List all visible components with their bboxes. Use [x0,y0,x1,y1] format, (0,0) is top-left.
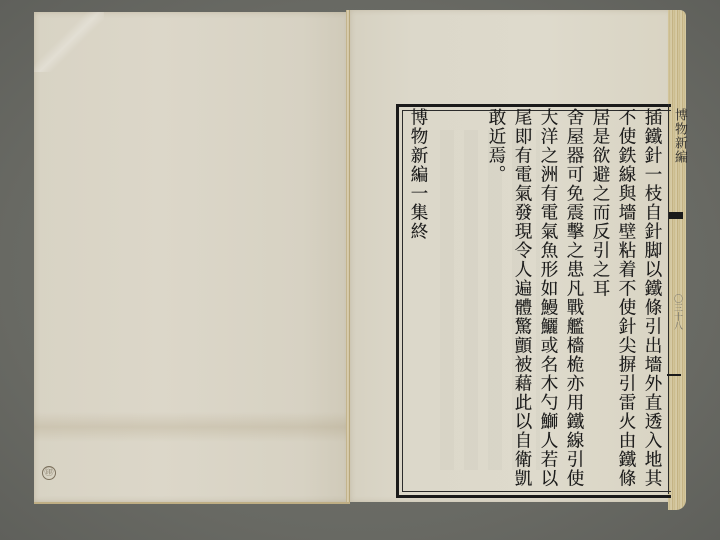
text-column-6: 尾即有電氣發現令人遍體驚顫被藉此以自衛凱蛟饞鱷莫 [508,108,534,488]
text-column-9 [430,108,456,488]
margin-tick [667,374,681,376]
page-crease [34,12,104,72]
left-page: ㊞ [34,12,350,504]
text-column-1: 插鐵針一枝自針脚以鐵條引出墻外直透入地其鉄線之外以玻璃護之 [638,108,664,488]
text-column-5: 大洋之洲有電氣魚形如鰻鱺或名木勺鰤人若以手把捉魚怒振 [534,108,560,488]
text-column-7: 敢近焉。 [482,108,508,488]
water-stain [34,412,350,442]
text-column-8 [456,108,482,488]
margin-centerfold: 博物新編 〇三十八 [668,104,685,494]
fishtail-mark-icon [669,212,683,226]
margin-title: 博物新編 [670,108,689,164]
colophon-end-title: 博物新編一集終 [404,108,430,488]
text-column-3: 居是欲避之而反引之耳 [586,108,612,488]
text-columns: 插鐵針一枝自針脚以鐵條引出墻外直透入地其鉄線之外以玻璃護之 不使鉄線與墻壁粘着不… [402,108,664,488]
text-column-2: 不使鉄線與墻壁粘着不使針尖摒引雷火由鐵條而落則人 [612,108,638,488]
text-column-4: 舍屋器可免震擊之患凡戰艦檣桅亦用鐵線引使入水云云。 [560,108,586,488]
seal-mark: ㊞ [42,466,56,480]
folio-number: 〇三十八 [671,294,684,330]
